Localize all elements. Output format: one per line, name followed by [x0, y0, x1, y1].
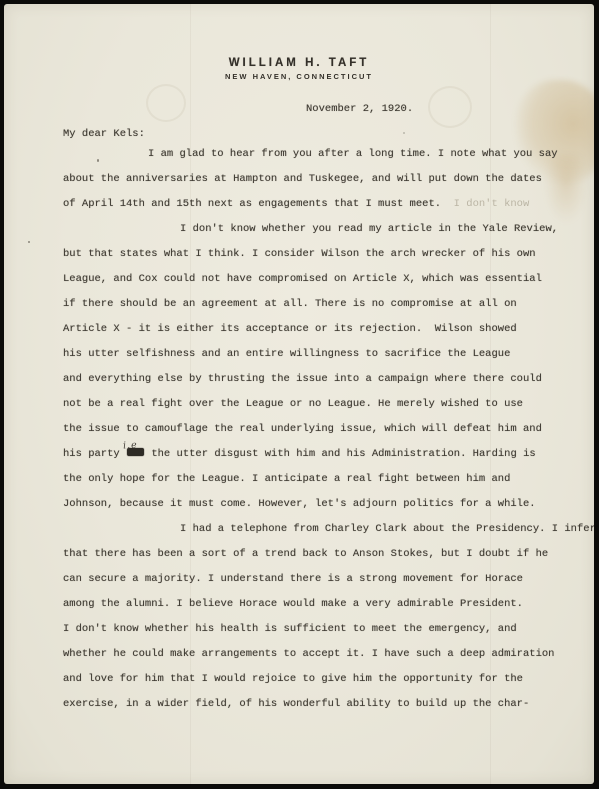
letterhead-address: NEW HAVEN, CONNECTICUT	[4, 72, 594, 81]
letterhead: WILLIAM H. TAFT NEW HAVEN, CONNECTICUT	[4, 57, 594, 81]
paper-speck	[28, 241, 30, 243]
body-line: Article X - it is either its acceptance …	[63, 317, 544, 342]
body-line: I don't know whether his health is suffi…	[63, 617, 544, 642]
body-line-text: the utter disgust with him and his Admin…	[145, 448, 536, 460]
body-line: the only hope for the League. I anticipa…	[63, 467, 544, 492]
date-line: November 2, 1920.	[63, 103, 544, 115]
letterhead-name: WILLIAM H. TAFT	[4, 57, 594, 69]
body-line: I don't know whether you read my article…	[63, 217, 544, 242]
paragraphs: I am glad to hear from you after a long …	[63, 142, 544, 717]
body-line: League, and Cox could not have compromis…	[63, 267, 544, 292]
body-line: and love for him that I would rejoice to…	[63, 667, 544, 692]
body-line: Johnson, because it must come. However, …	[63, 492, 544, 517]
body-line: of April 14th and 15th next as engagemen…	[63, 192, 544, 217]
salutation: My dear Kels:	[63, 128, 544, 140]
body-line: exercise, in a wider field, of his wonde…	[63, 692, 544, 717]
scanned-letter-frame: WILLIAM H. TAFT NEW HAVEN, CONNECTICUT N…	[0, 0, 599, 789]
body-line-text: of April 14th and 15th next as engagemen…	[63, 198, 454, 210]
body-line: whether he could make arrangements to ac…	[63, 642, 544, 667]
handwritten-insert: i.e	[122, 433, 138, 459]
body-line: if there should be an agreement at all. …	[63, 292, 544, 317]
body-line: but that states what I think. I consider…	[63, 242, 544, 267]
body-line-text: his party	[63, 448, 126, 460]
body-line: his utter selfishness and an entire will…	[63, 342, 544, 367]
body-line: among the alumni. I believe Horace would…	[63, 592, 544, 617]
body-line: can secure a majority. I understand ther…	[63, 567, 544, 592]
body-line: and everything else by thrusting the iss…	[63, 367, 544, 392]
body-line: that there has been a sort of a trend ba…	[63, 542, 544, 567]
letter-body: November 2, 1920. My dear Kels: I am gla…	[63, 103, 544, 717]
body-line: I am glad to hear from you after a long …	[63, 142, 544, 167]
body-line: about the anniversaries at Hampton and T…	[63, 167, 544, 192]
strikeout-mark: i.e	[127, 448, 144, 456]
ghost-ink-text: I don't know	[454, 198, 530, 210]
body-line: I had a telephone from Charley Clark abo…	[63, 517, 544, 542]
letter-paper: WILLIAM H. TAFT NEW HAVEN, CONNECTICUT N…	[4, 4, 594, 784]
body-line-with-correction: his party i.e the utter disgust with him…	[63, 442, 544, 467]
body-line: not be a real fight over the League or n…	[63, 392, 544, 417]
